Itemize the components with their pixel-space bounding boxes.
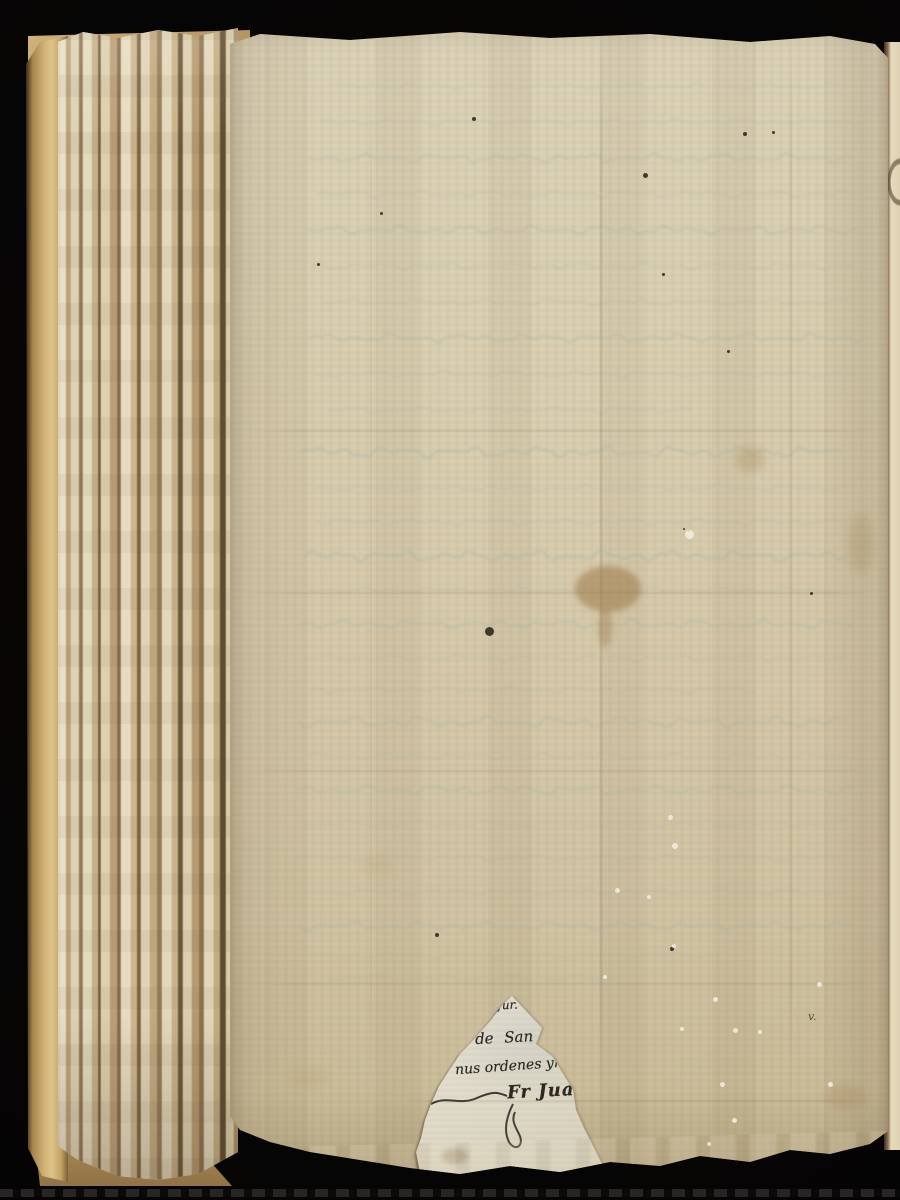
ink-fleck <box>317 263 320 266</box>
wax-fleck <box>672 843 678 849</box>
bleedthrough-line <box>310 334 862 343</box>
fold-crease <box>240 592 882 594</box>
bleedthrough-line <box>315 485 855 491</box>
page-edge-streak <box>157 28 162 1180</box>
fold-crease <box>410 1100 880 1102</box>
page-edge-streak <box>150 28 157 1180</box>
bleedthrough-line <box>300 786 852 795</box>
page-edge-streak <box>141 28 150 1180</box>
page-edge-streak <box>183 28 192 1180</box>
paper-stain <box>292 1066 328 1090</box>
page-edge-streak <box>92 28 98 1180</box>
paper-stain <box>848 514 874 574</box>
page-edge-streak <box>66 28 71 1180</box>
bleedthrough-line <box>308 226 860 235</box>
bleedthrough-line <box>316 371 856 377</box>
page-edge-streak <box>214 28 220 1180</box>
ink-fleck <box>472 117 476 121</box>
wax-fleck <box>732 1118 737 1123</box>
bleedthrough-line <box>312 263 852 269</box>
paper-fragment-surface: Jur. de San s. nus ordenes yna. Fr Juand <box>415 992 615 1182</box>
bleedthrough-line <box>305 550 845 562</box>
wax-fleck <box>668 815 673 820</box>
bleedthrough-line <box>330 975 618 981</box>
wax-fleck <box>647 895 651 899</box>
wax-fleck <box>680 1027 684 1031</box>
ink-fleck <box>643 173 648 178</box>
page-edge-streak <box>137 28 141 1180</box>
page-edge-streak <box>83 28 92 1180</box>
bleedthrough-line <box>318 519 846 525</box>
fold-crease <box>790 31 792 1126</box>
page-edge-streak <box>192 28 199 1180</box>
page-edge-streak <box>162 28 172 1180</box>
bleedthrough-line <box>330 83 846 89</box>
bleedthrough-line <box>322 299 850 305</box>
bleedthrough-line <box>300 922 852 931</box>
wax-fleck <box>733 1028 738 1033</box>
bleedthrough-line <box>300 716 840 728</box>
archive-photo: { "photo": { "fragment": { "line1": "Jur… <box>0 0 900 1200</box>
wax-fleck <box>685 530 694 539</box>
page-edge-streak <box>172 28 178 1180</box>
fold-crease <box>242 770 880 772</box>
fold-crease <box>245 430 880 432</box>
page-edge-streak <box>117 28 121 1180</box>
paper-stain <box>575 566 641 612</box>
bleedthrough-line <box>318 191 858 197</box>
ink-fleck <box>485 627 494 636</box>
bleedthrough-line <box>300 620 852 629</box>
page-edge-streak <box>79 28 83 1180</box>
page-edge-streak <box>60 28 66 1180</box>
page-edge-streak <box>98 28 101 1180</box>
bleedthrough-line <box>330 407 690 413</box>
paper-stain <box>362 856 392 876</box>
paper-stain <box>735 446 765 472</box>
wax-fleck <box>672 944 676 948</box>
ink-fleck <box>380 212 383 215</box>
fold-crease <box>240 983 880 985</box>
bleedthrough-line <box>310 154 850 162</box>
wax-fleck <box>713 997 718 1002</box>
wax-fleck <box>720 1082 725 1087</box>
ink-fleck <box>683 528 685 530</box>
photo-scale-strip <box>0 1189 900 1197</box>
wax-fleck <box>615 888 620 893</box>
ink-fleck <box>727 350 730 353</box>
paper-stain <box>442 1148 468 1164</box>
page-edge-streak <box>178 28 183 1180</box>
page-edge-streak <box>101 28 110 1180</box>
paper-fragment: Jur. de San s. nus ordenes yna. Fr Juand <box>415 992 615 1182</box>
wax-fleck <box>707 1142 711 1146</box>
page-edge-streak <box>199 28 204 1180</box>
page-edge-streak <box>204 28 214 1180</box>
ink-fleck <box>662 273 665 276</box>
paper-stain <box>826 1084 866 1110</box>
ink-fleck <box>743 132 747 136</box>
paper-stain <box>598 608 612 648</box>
bleedthrough-line <box>305 889 845 895</box>
page-edge-streak <box>131 28 137 1180</box>
page-edge-streak <box>110 28 117 1180</box>
manuscript-page: v. Jur. de San s. nus ordenes yna. Fr Ju… <box>230 26 888 1180</box>
page-edge-streak <box>121 28 131 1180</box>
bleedthrough-line <box>305 655 845 661</box>
bleedthrough-line <box>310 687 754 693</box>
page-edge-streak <box>71 28 79 1180</box>
wax-fleck <box>817 982 822 987</box>
wax-fleck <box>828 1082 833 1087</box>
page-edge-stack <box>58 28 238 1180</box>
ink-fleck <box>810 592 813 595</box>
page-edge-streak <box>220 28 226 1180</box>
bleedthrough-line <box>305 821 845 827</box>
ink-fleck <box>435 933 439 937</box>
bleedthrough-line <box>320 119 860 125</box>
bleedthrough-line <box>308 753 848 759</box>
marginal-mark: v. <box>808 1010 816 1023</box>
ink-fleck <box>772 131 775 134</box>
fold-crease <box>370 56 372 1116</box>
wax-fleck <box>758 1030 762 1034</box>
wax-fleck <box>603 975 607 979</box>
